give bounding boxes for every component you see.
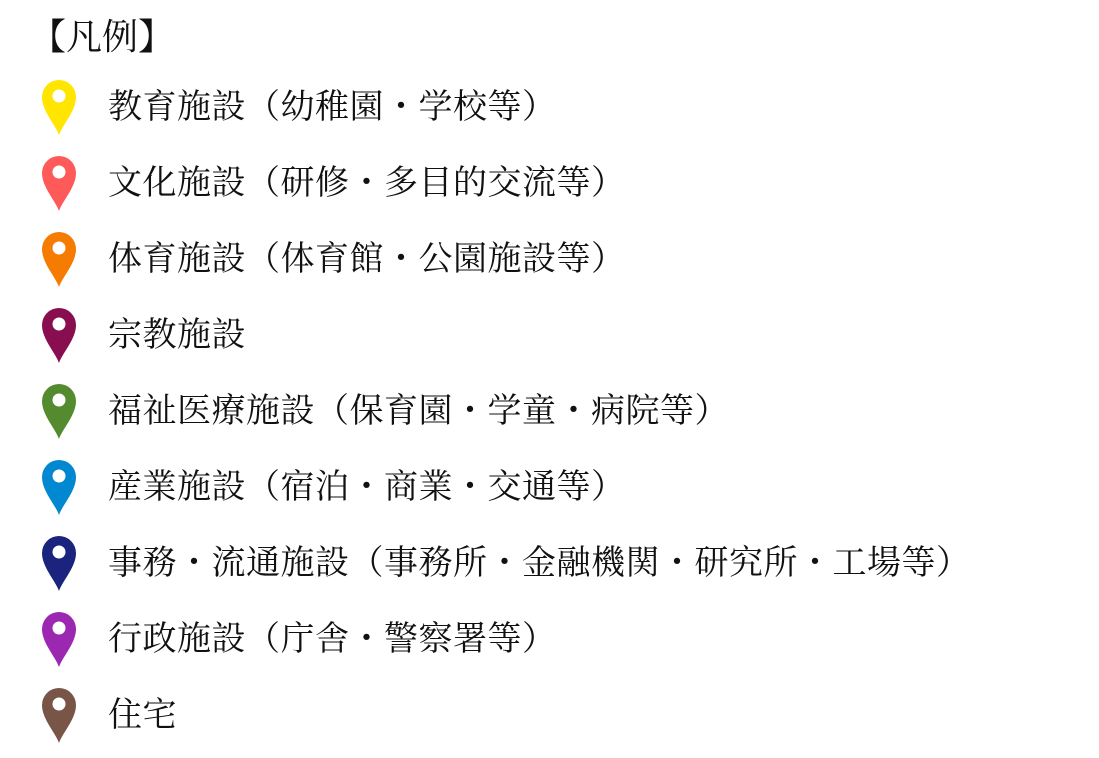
legend-label: 福祉医療施設（保育園・学童・病院等）	[108, 386, 729, 436]
map-pin-icon	[40, 534, 78, 592]
legend-label: 体育施設（体育館・公園施設等）	[108, 234, 626, 284]
map-pin-icon	[40, 458, 78, 516]
map-pin-icon	[40, 610, 78, 668]
legend-label: 宗教施設	[108, 310, 246, 360]
map-pin-icon	[40, 154, 78, 212]
legend-item-industry: 産業施設（宿泊・商業・交通等）	[0, 452, 1099, 522]
map-pin-icon	[40, 686, 78, 744]
legend-label: 事務・流通施設（事務所・金融機関・研究所・工場等）	[108, 538, 971, 588]
legend-label: 住宅	[108, 690, 177, 740]
legend-label: 教育施設（幼稚園・学校等）	[108, 82, 557, 132]
map-pin-icon	[40, 230, 78, 288]
legend-label: 文化施設（研修・多目的交流等）	[108, 158, 626, 208]
legend-item-housing: 住宅	[0, 680, 1099, 750]
legend-item-education: 教育施設（幼稚園・学校等）	[0, 72, 1099, 142]
legend-label: 産業施設（宿泊・商業・交通等）	[108, 462, 626, 512]
legend-item-religion: 宗教施設	[0, 300, 1099, 370]
map-pin-icon	[40, 306, 78, 364]
legend-item-government: 行政施設（庁舎・警察署等）	[0, 604, 1099, 674]
legend-item-welfare: 福祉医療施設（保育園・学童・病院等）	[0, 376, 1099, 446]
legend-title: 【凡例】	[30, 12, 174, 64]
map-pin-icon	[40, 382, 78, 440]
map-pin-icon	[40, 78, 78, 136]
legend-label: 行政施設（庁舎・警察署等）	[108, 614, 557, 664]
legend-item-office: 事務・流通施設（事務所・金融機関・研究所・工場等）	[0, 528, 1099, 598]
legend-item-sports: 体育施設（体育館・公園施設等）	[0, 224, 1099, 294]
legend-item-culture: 文化施設（研修・多目的交流等）	[0, 148, 1099, 218]
